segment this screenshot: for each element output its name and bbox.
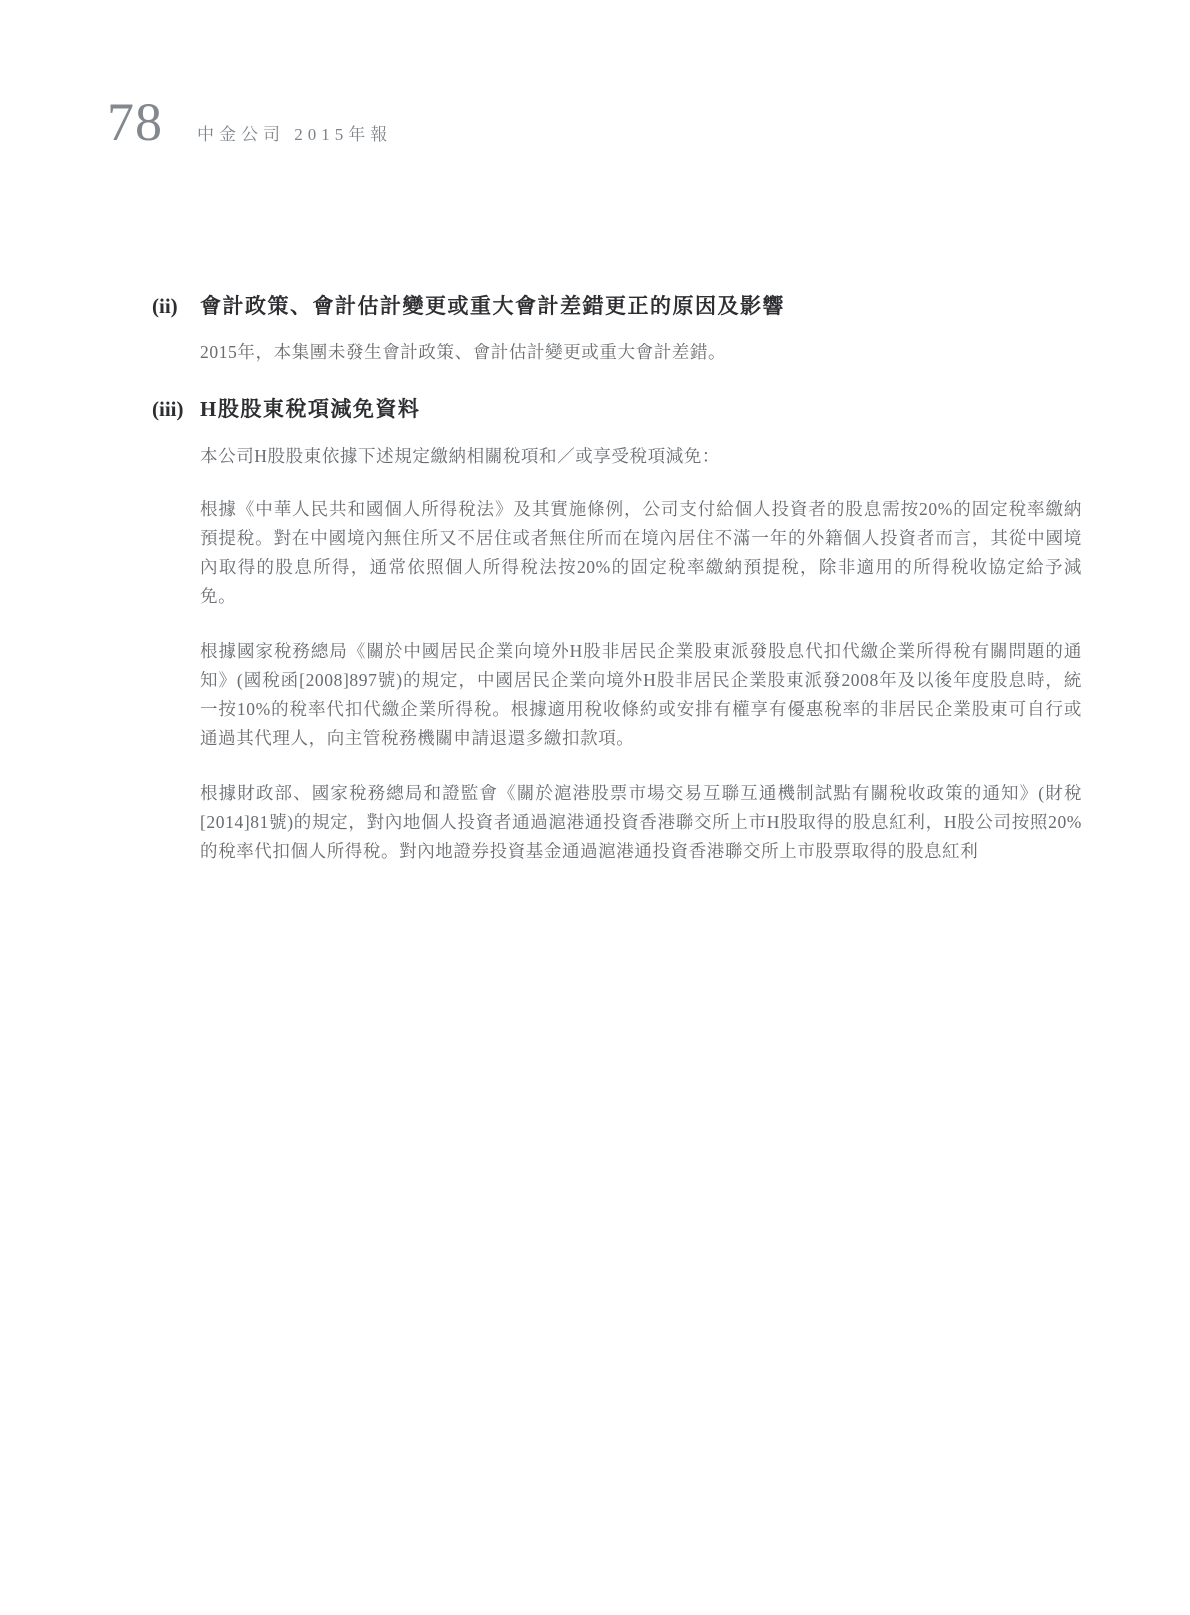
body-paragraph: 根據財政部、國家稅務總局和證監會《關於滬港股票市場交易互聯互通機制試點有關稅收政… bbox=[200, 779, 1082, 866]
section-h-share-tax-relief: (iii) H股股東稅項減免資料 本公司H股股東依據下述規定繳納相關稅項和／或享… bbox=[152, 395, 1082, 865]
page-header: 78 中金公司 2015年報 bbox=[107, 95, 392, 149]
body-paragraph: 根據國家稅務總局《關於中國居民企業向境外H股非居民企業股東派發股息代扣代繳企業所… bbox=[200, 637, 1082, 753]
section-body: 2015年，本集團未發生會計政策、會計估計變更或重大會計差錯。 bbox=[200, 338, 1082, 367]
body-paragraph: 本公司H股股東依據下述規定繳納相關稅項和／或享受稅項減免： bbox=[200, 442, 1082, 471]
body-paragraph: 2015年，本集團未發生會計政策、會計估計變更或重大會計差錯。 bbox=[200, 338, 1082, 367]
section-title: 會計政策、會計估計變更或重大會計差錯更正的原因及影響 bbox=[200, 292, 785, 321]
section-body: 本公司H股股東依據下述規定繳納相關稅項和／或享受稅項減免： 根據《中華人民共和國… bbox=[200, 442, 1082, 866]
section-heading: (iii) H股股東稅項減免資料 bbox=[152, 395, 1082, 424]
section-accounting-policy-changes: (ii) 會計政策、會計估計變更或重大會計差錯更正的原因及影響 2015年，本集… bbox=[152, 292, 1082, 367]
document-page: 78 中金公司 2015年報 (ii) 會計政策、會計估計變更或重大會計差錯更正… bbox=[0, 0, 1190, 1615]
section-title: H股股東稅項減免資料 bbox=[200, 395, 420, 424]
section-label: (iii) bbox=[152, 397, 200, 422]
section-heading: (ii) 會計政策、會計估計變更或重大會計差錯更正的原因及影響 bbox=[152, 292, 1082, 321]
page-number: 78 bbox=[107, 95, 163, 149]
report-title: 中金公司 2015年報 bbox=[197, 120, 392, 145]
body-paragraph: 根據《中華人民共和國個人所得稅法》及其實施條例，公司支付給個人投資者的股息需按2… bbox=[200, 495, 1082, 611]
section-label: (ii) bbox=[152, 294, 200, 319]
page-body: (ii) 會計政策、會計估計變更或重大會計差錯更正的原因及影響 2015年，本集… bbox=[152, 292, 1082, 892]
